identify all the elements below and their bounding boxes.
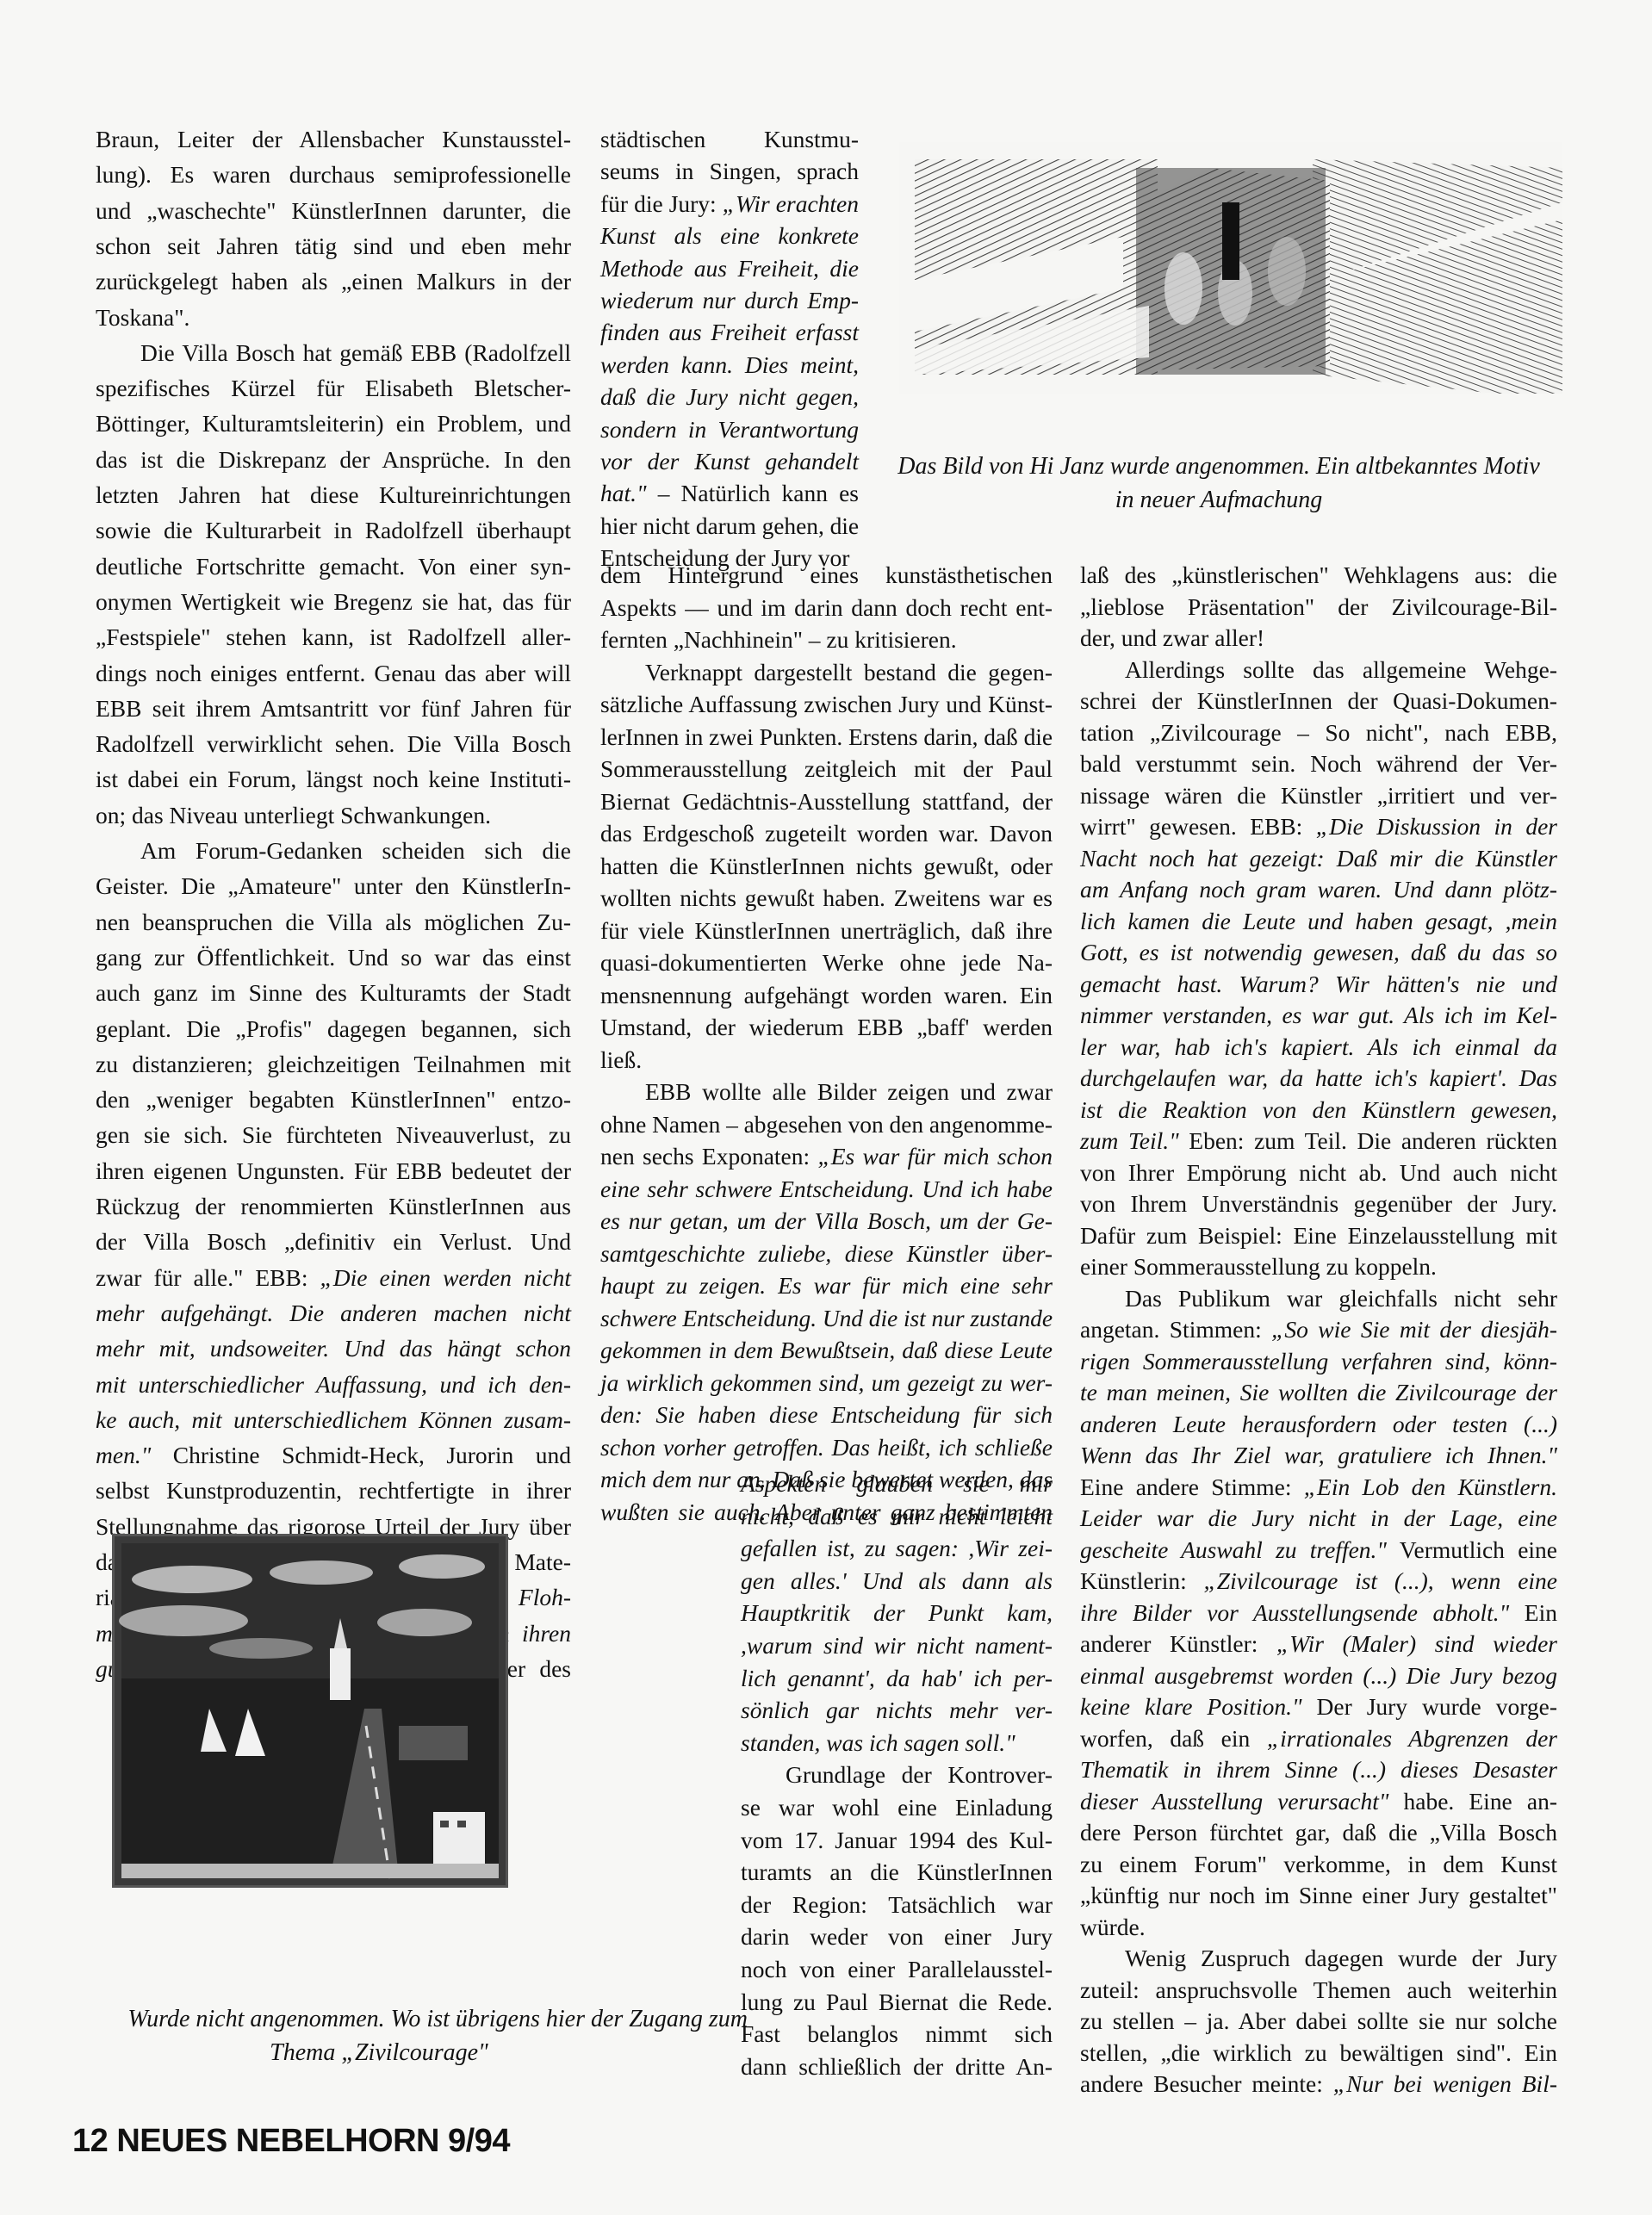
text-line: spezifisches Kürzel für Elisabeth Bletsc… bbox=[96, 374, 571, 408]
text-italic-quote: „So wie Sie mit der diesjäh- bbox=[1271, 1316, 1557, 1343]
text-roman: laß des „künstlerischen" Wehklagens aus:… bbox=[1080, 562, 1557, 588]
text-line: men." Christine Schmidt-Heck, Jurorin un… bbox=[96, 1441, 571, 1475]
text-roman: Geister. Die „Amateure" unter den Künstl… bbox=[96, 872, 571, 899]
text-line: ler war, hab ich's kapiert. Als ich einm… bbox=[1080, 1033, 1557, 1067]
text-line: mehr aufgehängt. Die anderen machen nich… bbox=[96, 1299, 571, 1333]
text-roman: von Ihrer Empörung nicht ab. Und auch ni… bbox=[1080, 1159, 1557, 1186]
text-roman: Radolfzell verwirklicht sehen. Die Villa… bbox=[96, 730, 571, 757]
text-roman: bald verstummt sein. Noch während der Ve… bbox=[1080, 750, 1557, 777]
text-line: ohne Namen – abgesehen von den angenomme… bbox=[600, 1110, 1053, 1145]
text-italic-quote: lich genannt', da hab' ich per- bbox=[741, 1665, 1053, 1691]
text-roman: quasi-dokumentierten Werke ohne jede Na- bbox=[600, 949, 1053, 976]
text-italic-quote: schwere Entscheidung. Und die ist nur zu… bbox=[600, 1305, 1053, 1331]
text-line: sowie die Kulturarbeit in Radolfzell übe… bbox=[96, 516, 571, 550]
painting-graphic bbox=[115, 1536, 506, 1885]
text-line: keine klare Position." Der Jury wurde vo… bbox=[1080, 1692, 1557, 1727]
text-line: nissage wären die Künstler „irritiert un… bbox=[1080, 781, 1557, 816]
text-roman: den „weniger begabten KünstlerInnen" ent… bbox=[96, 1086, 571, 1113]
text-roman: Der Jury wurde vorge- bbox=[1302, 1693, 1557, 1720]
text-italic-quote: Leider war die Jury nicht in der Lage, e… bbox=[1080, 1505, 1557, 1531]
text-roman: der Villa Bosch „definitiv ein Verlust. … bbox=[96, 1228, 571, 1255]
text-italic-quote: den: Sie haben diese Entscheidung für si… bbox=[600, 1401, 1053, 1428]
image-caption-bottom-left-line2: Thema „Zivilcourage" bbox=[69, 2036, 689, 2070]
text-line: dem Hintergrund eines kunstästhetischen bbox=[600, 561, 1053, 595]
text-roman: würde. bbox=[1080, 1914, 1146, 1940]
text-line: dann schließlich der dritte An- bbox=[741, 2052, 1053, 2087]
text-line: vor der Kunst gehandelt bbox=[600, 447, 859, 481]
text-roman: deutliche Fortschritte gemacht. Von eine… bbox=[96, 553, 571, 580]
text-roman: spezifisches Kürzel für Elisabeth Bletsc… bbox=[96, 375, 571, 401]
text-roman: Allerdings sollte das allgemeine Wehge- bbox=[1125, 656, 1557, 683]
text-line: samtgeschichte zuliebe, diese Künstler ü… bbox=[600, 1239, 1053, 1274]
text-italic-quote: gescheite Auswahl zu treffen." bbox=[1080, 1536, 1387, 1563]
text-roman: Die Villa Bosch hat gemäß EBB (Radolfzel… bbox=[140, 339, 571, 366]
text-roman: sowie die Kulturarbeit in Radolfzell übe… bbox=[96, 517, 571, 543]
text-italic-quote: „Es war für mich schon bbox=[817, 1143, 1053, 1170]
text-line: anderen Leute herausfordern oder testen … bbox=[1080, 1410, 1557, 1444]
text-line: stellen, „die wirklich zu bewältigen sin… bbox=[1080, 2038, 1557, 2073]
text-line: schrei der KünstlerInnen der Quasi-Dokum… bbox=[1080, 686, 1557, 721]
text-line: te man meinen, Sie wollten die Zivilcour… bbox=[1080, 1378, 1557, 1412]
text-italic-quote: nicht, daß es mir nicht leicht bbox=[741, 1503, 1053, 1529]
text-italic-quote: Wenn das Ihr Ziel war, gratuliere ich Ih… bbox=[1080, 1442, 1557, 1468]
text-italic-quote: Aspekten glauben sie mir bbox=[741, 1470, 1053, 1497]
text-line: von Ihrer Empörung nicht ab. Und auch ni… bbox=[1080, 1158, 1557, 1193]
text-roman: dere Person fürchtet gar, daß die „Villa… bbox=[1080, 1819, 1557, 1846]
text-roman: letzten Jahren hat diese Kultureinrichtu… bbox=[96, 481, 571, 508]
text-line: daß die Jury nicht gegen, bbox=[600, 382, 859, 417]
text-italic-quote: gemacht hast. Warum? Wir hätten's nie un… bbox=[1080, 971, 1557, 997]
text-roman: Böttinger, Kulturamtsleiterin) ein Probl… bbox=[96, 410, 571, 437]
text-italic-quote: ja wirklich gekommen sind, um gezeigt zu… bbox=[600, 1369, 1053, 1396]
text-line: geplant. Die „Profis" dagegen begannen, … bbox=[96, 1014, 571, 1049]
text-line: schon vorher getroffen. Das heißt, ich s… bbox=[600, 1433, 1053, 1467]
text-line: für die Jury: „Wir erachten bbox=[600, 189, 859, 224]
text-line: quasi-dokumentierten Werke ohne jede Na- bbox=[600, 948, 1053, 983]
text-roman: on; das Niveau unterliegt Schwankungen. bbox=[96, 802, 491, 828]
text-line: Böttinger, Kulturamtsleiterin) ein Probl… bbox=[96, 409, 571, 444]
text-roman: zu stellen – ja. Aber dabei sollte sie n… bbox=[1080, 2007, 1557, 2034]
text-line: nimmer verstanden, es war gut. Als ich i… bbox=[1080, 1001, 1557, 1035]
text-italic-quote: gekommen in dem Bewußtsein, daß diese Le… bbox=[600, 1337, 1053, 1363]
text-line: städtischen Kunstmu- bbox=[600, 125, 859, 159]
text-line: Hauptkritik der Punkt kam, bbox=[741, 1598, 1053, 1633]
text-line: standen, was ich sagen soll." bbox=[741, 1728, 1053, 1763]
text-roman: Das Publikum war gleichfalls nicht sehr bbox=[1125, 1285, 1557, 1312]
text-line: hat." – Natürlich kann es bbox=[600, 479, 859, 513]
text-line: es nur getan, um der Villa Bosch, um der… bbox=[600, 1207, 1053, 1241]
text-line: Biernat Gedächtnis-Ausstellung stattfand… bbox=[600, 787, 1053, 822]
text-roman: auch ganz im Sinne des Kulturamts der St… bbox=[96, 979, 571, 1006]
text-italic-quote: zum Teil." bbox=[1080, 1127, 1179, 1154]
text-line: sönlich gar nichts mehr ver- bbox=[741, 1696, 1053, 1730]
text-roman: lerInnen in zwei Punkten. Erstens darin,… bbox=[600, 723, 1053, 750]
text-italic-quote: „Ein Lob den Künstlern. bbox=[1304, 1474, 1557, 1500]
text-line: ist die Reaktion von den Künstlern gewes… bbox=[1080, 1095, 1557, 1130]
text-line: Thematik in ihrem Sinne (...) dieses Des… bbox=[1080, 1755, 1557, 1790]
text-line: werden kann. Dies meint, bbox=[600, 351, 859, 385]
text-roman: onymen Wertigkeit wie Bregenz sie hat, d… bbox=[96, 588, 571, 615]
text-line: ke auch, mit unterschiedlichem Können zu… bbox=[96, 1405, 571, 1440]
text-line: einer Sommerausstellung zu koppeln. bbox=[1080, 1252, 1557, 1287]
text-line: EBB seit ihrem Amtsantritt vor fünf Jahr… bbox=[96, 694, 571, 729]
text-line: Methode aus Freiheit, die bbox=[600, 254, 859, 289]
text-line: am Anfang noch gram waren. Und dann plöt… bbox=[1080, 875, 1557, 909]
text-roman: EBB seit ihrem Amtsantritt vor fünf Jahr… bbox=[96, 695, 571, 722]
text-line: se war wohl eine Einladung bbox=[741, 1793, 1053, 1827]
text-line: Leider war die Jury nicht in der Lage, e… bbox=[1080, 1504, 1557, 1538]
text-line: sätzliche Auffassung zwischen Jury und K… bbox=[600, 690, 1053, 724]
text-italic-quote: Thematik in ihrem Sinne (...) dieses Des… bbox=[1080, 1756, 1557, 1783]
text-line: mensnennung aufgehängt worden waren. Ein bbox=[600, 981, 1053, 1015]
text-italic-quote: mehr mit, undsoweiter. Und das hängt sch… bbox=[96, 1335, 571, 1362]
text-line: gang zur Öffentlichkeit. Und so war das … bbox=[96, 943, 571, 977]
text-line: Aspekten glauben sie mir bbox=[741, 1469, 1053, 1504]
text-line: mehr mit, undsoweiter. Und das hängt sch… bbox=[96, 1334, 571, 1368]
text-italic-quote: am Anfang noch gram waren. Und dann plöt… bbox=[1080, 876, 1557, 903]
text-roman: vom 17. Januar 1994 des Kul- bbox=[741, 1827, 1053, 1853]
text-line: zu einem Forum" verkomme, in dem Kunst bbox=[1080, 1850, 1557, 1884]
text-roman: das Erdgeschoß zugeteilt worden war. Dav… bbox=[600, 820, 1053, 847]
text-line: ihren eigenen Ungunsten. Für EBB bedeute… bbox=[96, 1157, 571, 1191]
text-roman: dem Hintergrund eines kunstästhetischen bbox=[600, 562, 1053, 588]
text-italic-quote: ist die Reaktion von den Künstlern gewes… bbox=[1080, 1096, 1557, 1123]
text-italic-quote: vor der Kunst gehandelt bbox=[600, 448, 859, 475]
text-italic-quote: „Die Diskussion in der bbox=[1316, 813, 1557, 840]
text-roman: Sommerausstellung zeitgleich mit der Pau… bbox=[600, 755, 1053, 782]
text-line: wirrt" gewesen. EBB: „Die Diskussion in … bbox=[1080, 812, 1557, 847]
text-italic-quote: ,warum sind wir nicht nament- bbox=[741, 1632, 1053, 1659]
text-roman: ihren eigenen Ungunsten. Für EBB bedeute… bbox=[96, 1157, 571, 1184]
text-roman: Ein bbox=[1509, 1599, 1557, 1626]
text-line: hier nicht darum gehen, die bbox=[600, 512, 859, 546]
text-line: gen alles.' Und als dann als bbox=[741, 1567, 1053, 1601]
text-line: Grundlage der Kontrover- bbox=[741, 1760, 1053, 1795]
text-italic-quote: daß die Jury nicht gegen, bbox=[600, 383, 859, 410]
text-roman: dann schließlich der dritte An- bbox=[741, 2053, 1053, 2080]
text-roman: einer Sommerausstellung zu koppeln. bbox=[1080, 1253, 1437, 1280]
text-roman: andere Besucher meinte: bbox=[1080, 2070, 1333, 2097]
text-roman: für viele KünstlerInnen unerträglich, da… bbox=[600, 917, 1053, 944]
text-line: Wenig Zuspruch dagegen wurde der Jury bbox=[1080, 1944, 1557, 1978]
text-italic-quote: gen alles.' Und als dann als bbox=[741, 1567, 1053, 1594]
text-italic-quote: „irrationales Abgrenzen der bbox=[1267, 1725, 1557, 1752]
text-line: gen sie sich. Sie fürchteten Niveauverlu… bbox=[96, 1120, 571, 1155]
text-line: ließ. bbox=[600, 1045, 1053, 1080]
text-roman: habe. Eine an- bbox=[1388, 1788, 1557, 1815]
text-line: schon seit Jahren tätig sind und eben me… bbox=[96, 232, 571, 266]
text-line: gefallen ist, zu sagen: ,Wir zei- bbox=[741, 1534, 1053, 1568]
text-line: Toskana". bbox=[96, 303, 571, 338]
text-line: mit unterschiedlicher Auffassung, und ic… bbox=[96, 1370, 571, 1405]
text-line: Verknappt dargestellt bestand die gegen- bbox=[600, 658, 1053, 692]
text-roman: Fast belanglos nimmt sich bbox=[741, 2020, 1053, 2047]
text-italic-quote: finden aus Freiheit erfasst bbox=[600, 319, 859, 345]
artwork-image-hi-janz bbox=[899, 142, 1562, 394]
text-line: würde. bbox=[1080, 1913, 1557, 1947]
text-line: der, und zwar aller! bbox=[1080, 624, 1557, 658]
text-line: deutliche Fortschritte gemacht. Von eine… bbox=[96, 552, 571, 586]
text-roman: stellen, „die wirklich zu bewältigen sin… bbox=[1080, 2039, 1557, 2066]
text-line: dings noch einiges entfernt. Genau das a… bbox=[96, 659, 571, 693]
text-italic-quote: sondern in Verantwortung bbox=[600, 416, 859, 443]
text-italic-quote: „Nur bei wenigen Bil- bbox=[1333, 2070, 1557, 2097]
text-italic-quote: es nur getan, um der Villa Bosch, um der… bbox=[600, 1207, 1053, 1234]
text-line: ihre Bilder vor Ausstellungsende abholt.… bbox=[1080, 1598, 1557, 1633]
text-roman: zuteil: anspruchsvolle Themen auch weite… bbox=[1080, 1976, 1557, 2003]
text-roman: EBB wollte alle Bilder zeigen und zwar bbox=[645, 1078, 1053, 1105]
text-roman: hatten die KünstlerInnen nichts gewußt, … bbox=[600, 853, 1053, 879]
text-line: das Erdgeschoß zugeteilt worden war. Dav… bbox=[600, 819, 1053, 853]
text-line: on; das Niveau unterliegt Schwankungen. bbox=[96, 801, 571, 835]
text-line: der Region: Tatsächlich war bbox=[741, 1890, 1053, 1925]
text-line: sondern in Verantwortung bbox=[600, 415, 859, 450]
text-line: Braun, Leiter der Allensbacher Kunstauss… bbox=[96, 125, 571, 159]
text-line: eine sehr schwere Entscheidung. Und ich … bbox=[600, 1175, 1053, 1209]
text-line: finden aus Freiheit erfasst bbox=[600, 318, 859, 352]
text-roman: Künstlerin: bbox=[1080, 1567, 1204, 1594]
text-italic-quote: „Wir (Maler) sind wieder bbox=[1276, 1630, 1557, 1657]
text-italic-quote: werden kann. Dies meint, bbox=[600, 351, 859, 378]
text-line: hatten die KünstlerInnen nichts gewußt, … bbox=[600, 852, 1053, 886]
text-line: rigen Sommerausstellung verfahren sind, … bbox=[1080, 1347, 1557, 1381]
text-line: gemacht hast. Warum? Wir hätten's nie un… bbox=[1080, 970, 1557, 1004]
text-line: Umstand, der wiederum EBB „baff' werden bbox=[600, 1013, 1053, 1047]
text-italic-quote: mit unterschiedlicher Auffassung, und ic… bbox=[96, 1371, 571, 1398]
text-roman: „Festspiele" stehen kann, ist Radolfzell… bbox=[96, 624, 571, 650]
text-roman: zwar für alle." EBB: bbox=[96, 1264, 320, 1291]
text-roman: nen sechs Exponaten: bbox=[600, 1143, 817, 1170]
text-roman: hier nicht darum gehen, die bbox=[600, 512, 859, 539]
text-italic-quote: eine sehr schwere Entscheidung. Und ich … bbox=[600, 1176, 1053, 1202]
text-line: andere Besucher meinte: „Nur bei wenigen… bbox=[1080, 2069, 1557, 2104]
text-line: Die Villa Bosch hat gemäß EBB (Radolfzel… bbox=[96, 338, 571, 373]
text-roman: städtischen Kunstmu- bbox=[600, 126, 859, 152]
text-roman: anderer Künstler: bbox=[1080, 1630, 1276, 1657]
text-roman: ließ. bbox=[600, 1046, 642, 1073]
text-roman: noch von einer Parallelausstel- bbox=[741, 1956, 1053, 1982]
text-roman: nen beanspruchen die Villa als möglichen… bbox=[96, 909, 571, 935]
text-roman: Eben: zum Teil. Die anderen rückten bbox=[1179, 1127, 1557, 1154]
text-line: EBB wollte alle Bilder zeigen und zwar bbox=[600, 1077, 1053, 1112]
text-roman: und „waschechte" KünstlerInnen darunter,… bbox=[96, 197, 571, 224]
text-line: zuteil: anspruchsvolle Themen auch weite… bbox=[1080, 1976, 1557, 2010]
text-line: wiederum nur durch Emp- bbox=[600, 286, 859, 320]
text-italic-quote: nimmer verstanden, es war gut. Als ich i… bbox=[1080, 1002, 1557, 1028]
text-line: Fast belanglos nimmt sich bbox=[741, 2020, 1053, 2054]
hatched-drawing-graphic bbox=[899, 142, 1562, 394]
text-italic-quote: Kunst als eine konkrete bbox=[600, 222, 859, 249]
image-caption-top-right-line2: in neuer Aufmachung bbox=[870, 483, 1568, 518]
text-italic-quote: keine klare Position." bbox=[1080, 1693, 1302, 1720]
text-roman: der Region: Tatsächlich war bbox=[741, 1891, 1053, 1918]
text-line: noch von einer Parallelausstel- bbox=[741, 1955, 1053, 1989]
magazine-page: Braun, Leiter der Allensbacher Kunstauss… bbox=[0, 0, 1652, 2215]
text-italic-quote: haupt zu zeigen. Es war für mich eine se… bbox=[600, 1272, 1053, 1299]
text-italic-quote: lich kamen die Leute und haben gesagt, ,… bbox=[1080, 908, 1557, 934]
text-line: lung zu Paul Biernat die Rede. bbox=[741, 1988, 1053, 2022]
text-roman: darin weder von einer Jury bbox=[741, 1923, 1053, 1950]
text-italic-quote: ler war, hab ich's kapiert. Als ich einm… bbox=[1080, 1033, 1557, 1060]
text-roman: zurückgelegt haben als „einen Malkurs in… bbox=[96, 268, 571, 295]
text-line: auch ganz im Sinne des Kulturamts der St… bbox=[96, 978, 571, 1013]
image-caption-bottom-left-line1: Wurde nicht angenommen. Wo ist übrigens … bbox=[76, 2002, 748, 2037]
text-line: angetan. Stimmen: „So wie Sie mit der di… bbox=[1080, 1315, 1557, 1349]
text-italic-quote: anderen Leute herausfordern oder testen … bbox=[1080, 1411, 1557, 1437]
text-line: worfen, daß ein „irrationales Abgrenzen … bbox=[1080, 1724, 1557, 1759]
text-line: Am Forum-Gedanken scheiden sich die bbox=[96, 836, 571, 871]
text-italic-quote: rigen Sommerausstellung verfahren sind, … bbox=[1080, 1348, 1557, 1374]
text-italic-quote: Nacht noch hat gezeigt: Daß mir die Küns… bbox=[1080, 845, 1557, 872]
text-roman: mensnennung aufgehängt worden waren. Ein bbox=[600, 982, 1053, 1008]
text-italic-quote: te man meinen, Sie wollten die Zivilcour… bbox=[1080, 1379, 1557, 1405]
text-line: ,warum sind wir nicht nament- bbox=[741, 1631, 1053, 1666]
text-italic-quote: einmal ausgebremst worden (...) Die Jury… bbox=[1080, 1662, 1557, 1689]
text-line: für viele KünstlerInnen unerträglich, da… bbox=[600, 916, 1053, 951]
text-roman: Aspekts — und im darin dann doch recht e… bbox=[600, 594, 1053, 621]
text-roman: Wenig Zuspruch dagegen wurde der Jury bbox=[1125, 1945, 1557, 1971]
text-line: darin weder von einer Jury bbox=[741, 1922, 1053, 1957]
text-italic-quote: sönlich gar nichts mehr ver- bbox=[741, 1697, 1053, 1723]
text-roman: für die Jury: bbox=[600, 190, 723, 217]
text-line: selbst Kunstproduzentin, rechtfertigte i… bbox=[96, 1476, 571, 1511]
text-line: zum Teil." Eben: zum Teil. Die anderen r… bbox=[1080, 1126, 1557, 1161]
text-italic-quote: Gott, es ist notwendig gewesen, daß du d… bbox=[1080, 939, 1557, 965]
text-roman: zu einem Forum" verkomme, in dem Kunst bbox=[1080, 1851, 1557, 1877]
text-line: den „weniger begabten KünstlerInnen" ent… bbox=[96, 1085, 571, 1120]
text-line: und „waschechte" KünstlerInnen darunter,… bbox=[96, 196, 571, 231]
text-italic-quote: men." bbox=[96, 1442, 151, 1468]
text-italic-quote: ihre Bilder vor Ausstellungsende abholt.… bbox=[1080, 1599, 1509, 1626]
text-line: anderer Künstler: „Wir (Maler) sind wied… bbox=[1080, 1629, 1557, 1664]
text-line: Wenn das Ihr Ziel war, gratuliere ich Ih… bbox=[1080, 1441, 1557, 1475]
text-italic-quote: „Zivilcourage ist (...), wenn eine bbox=[1204, 1567, 1558, 1594]
text-line: bald verstummt sein. Noch während der Ve… bbox=[1080, 749, 1557, 784]
image-caption-top-right-line1: Das Bild von Hi Janz wurde angenommen. E… bbox=[870, 450, 1568, 484]
text-roman: nissage wären die Künstler „irritiert un… bbox=[1080, 782, 1557, 809]
text-roman: wollten nichts gewußt haben. Zweitens wa… bbox=[600, 884, 1053, 911]
text-line: den: Sie haben diese Entscheidung für si… bbox=[600, 1400, 1053, 1435]
text-roman: se war wohl eine Einladung bbox=[741, 1794, 1053, 1821]
page-footer: 12 NEUES NEBELHORN 9/94 bbox=[72, 2123, 510, 2160]
text-roman: von Ihrem Unverständnis gegenüber der Ju… bbox=[1080, 1190, 1557, 1217]
text-line: ja wirklich gekommen sind, um gezeigt zu… bbox=[600, 1368, 1053, 1403]
text-italic-quote: samtgeschichte zuliebe, diese Künstler ü… bbox=[600, 1240, 1053, 1267]
text-roman: fernten „Nachhinein" – zu kritisieren. bbox=[600, 626, 957, 653]
text-line: lung). Es waren durchaus semiprofessione… bbox=[96, 160, 571, 195]
text-line: haupt zu zeigen. Es war für mich eine se… bbox=[600, 1271, 1053, 1306]
text-roman: Braun, Leiter der Allensbacher Kunstauss… bbox=[96, 126, 571, 152]
text-line: onymen Wertigkeit wie Bregenz sie hat, d… bbox=[96, 587, 571, 622]
text-line: nicht, daß es mir nicht leicht bbox=[741, 1502, 1053, 1536]
text-roman: Grundlage der Kontrover- bbox=[786, 1761, 1053, 1788]
text-line: lerInnen in zwei Punkten. Erstens darin,… bbox=[600, 723, 1053, 757]
text-line: schwere Entscheidung. Und die ist nur zu… bbox=[600, 1304, 1053, 1338]
text-line: Künstlerin: „Zivilcourage ist (...), wen… bbox=[1080, 1567, 1557, 1601]
text-roman: turamts an die KünstlerInnen bbox=[741, 1858, 1053, 1885]
text-roman: ist dabei ein Forum, längst noch keine I… bbox=[96, 766, 571, 792]
text-roman: Verknappt dargestellt bestand die gegen- bbox=[645, 659, 1053, 686]
text-line: seums in Singen, sprach bbox=[600, 157, 859, 191]
text-line: wollten nichts gewußt haben. Zweitens wa… bbox=[600, 884, 1053, 918]
text-line: nen sechs Exponaten: „Es war für mich sc… bbox=[600, 1142, 1053, 1176]
text-line: dere Person fürchtet gar, daß die „Villa… bbox=[1080, 1818, 1557, 1852]
text-roman: geplant. Die „Profis" dagegen begannen, … bbox=[96, 1015, 571, 1042]
text-line: Gott, es ist notwendig gewesen, daß du d… bbox=[1080, 938, 1557, 972]
text-roman: zu distanzieren; gleichzeitigen Teilnahm… bbox=[96, 1051, 571, 1077]
text-line: zu distanzieren; gleichzeitigen Teilnahm… bbox=[96, 1050, 571, 1084]
text-roman: seums in Singen, sprach bbox=[600, 158, 859, 184]
text-line: turamts an die KünstlerInnen bbox=[741, 1858, 1053, 1892]
text-line: nen beanspruchen die Villa als möglichen… bbox=[96, 908, 571, 942]
text-line: lich genannt', da hab' ich per- bbox=[741, 1664, 1053, 1698]
text-roman: – Natürlich kann es bbox=[647, 480, 859, 506]
text-line: Eine andere Stimme: „Ein Lob den Künstle… bbox=[1080, 1473, 1557, 1507]
text-line: Aspekts — und im darin dann doch recht e… bbox=[600, 593, 1053, 628]
text-line: zu stellen – ja. Aber dabei sollte sie n… bbox=[1080, 2007, 1557, 2041]
text-roman: „künftig nur noch im Sinne einer Jury ge… bbox=[1080, 1882, 1557, 1908]
text-line: das ist die Diskrepanz der Ansprüche. In… bbox=[96, 445, 571, 480]
text-roman: Eine andere Stimme: bbox=[1080, 1474, 1304, 1500]
text-line: letzten Jahren hat diese Kultureinrichtu… bbox=[96, 481, 571, 515]
text-line: zwar für alle." EBB: „Die einen werden n… bbox=[96, 1263, 571, 1298]
text-line: Das Publikum war gleichfalls nicht sehr bbox=[1080, 1284, 1557, 1318]
text-roman: sätzliche Auffassung zwischen Jury und K… bbox=[600, 691, 1053, 717]
text-italic-quote: gefallen ist, zu sagen: ,Wir zei- bbox=[741, 1535, 1053, 1561]
text-roman: Vermutlich eine bbox=[1387, 1536, 1557, 1563]
text-line: Allerdings sollte das allgemeine Wehge- bbox=[1080, 655, 1557, 690]
text-roman: Am Forum-Gedanken scheiden sich die bbox=[140, 837, 571, 864]
text-roman: dings noch einiges entfernt. Genau das a… bbox=[96, 660, 571, 686]
text-line: gescheite Auswahl zu treffen." Vermutlic… bbox=[1080, 1536, 1557, 1570]
text-italic-quote: „Wir erachten bbox=[723, 190, 859, 217]
text-line: „lieblose Präsentation" der Zivilcourage… bbox=[1080, 593, 1557, 627]
text-line: vom 17. Januar 1994 des Kul- bbox=[741, 1826, 1053, 1860]
text-italic-quote: schon vorher getroffen. Das heißt, ich s… bbox=[600, 1434, 1053, 1461]
text-italic-quote: „Die einen werden nicht bbox=[320, 1264, 571, 1291]
text-roman: worfen, daß ein bbox=[1080, 1725, 1267, 1752]
text-line: Geister. Die „Amateure" unter den Künstl… bbox=[96, 872, 571, 906]
text-line: Dafür zum Beispiel: Eine Einzelausstellu… bbox=[1080, 1221, 1557, 1256]
text-line: Rückzug der renommierten KünstlerInnen a… bbox=[96, 1192, 571, 1226]
text-italic-quote: standen, was ich sagen soll." bbox=[741, 1729, 1015, 1756]
text-roman: schrei der KünstlerInnen der Quasi-Dokum… bbox=[1080, 687, 1557, 714]
text-roman: lung zu Paul Biernat die Rede. bbox=[741, 1989, 1053, 2015]
text-italic-quote: ke auch, mit unterschiedlichem Können zu… bbox=[96, 1406, 571, 1433]
text-line: der Villa Bosch „definitiv ein Verlust. … bbox=[96, 1227, 571, 1262]
text-italic-quote: durchgelaufen war, da hatte ich's kapier… bbox=[1080, 1064, 1557, 1091]
text-roman: wirrt" gewesen. EBB: bbox=[1080, 813, 1316, 840]
text-roman: angetan. Stimmen: bbox=[1080, 1316, 1271, 1343]
text-line: lich kamen die Leute und haben gesagt, ,… bbox=[1080, 907, 1557, 941]
text-roman: Toskana". bbox=[96, 304, 189, 331]
text-line: Kunst als eine konkrete bbox=[600, 221, 859, 256]
text-roman: Dafür zum Beispiel: Eine Einzelausstellu… bbox=[1080, 1222, 1557, 1249]
text-line: von Ihrem Unverständnis gegenüber der Ju… bbox=[1080, 1189, 1557, 1224]
text-line: zurückgelegt haben als „einen Malkurs in… bbox=[96, 267, 571, 301]
text-line: Sommerausstellung zeitgleich mit der Pau… bbox=[600, 754, 1053, 789]
text-roman: das ist die Diskrepanz der Ansprüche. In… bbox=[96, 446, 571, 473]
text-line: gekommen in dem Bewußtsein, daß diese Le… bbox=[600, 1336, 1053, 1370]
text-roman: schon seit Jahren tätig sind und eben me… bbox=[96, 233, 571, 259]
text-italic-quote: Hauptkritik der Punkt kam, bbox=[741, 1599, 1053, 1626]
text-roman: Biernat Gedächtnis-Ausstellung stattfand… bbox=[600, 788, 1053, 815]
text-line: „künftig nur noch im Sinne einer Jury ge… bbox=[1080, 1881, 1557, 1915]
text-italic-quote: hat." bbox=[600, 480, 647, 506]
text-roman: gang zur Öffentlichkeit. Und so war das … bbox=[96, 944, 571, 971]
text-line: Nacht noch hat gezeigt: Daß mir die Küns… bbox=[1080, 844, 1557, 878]
text-line: einmal ausgebremst worden (...) Die Jury… bbox=[1080, 1661, 1557, 1696]
